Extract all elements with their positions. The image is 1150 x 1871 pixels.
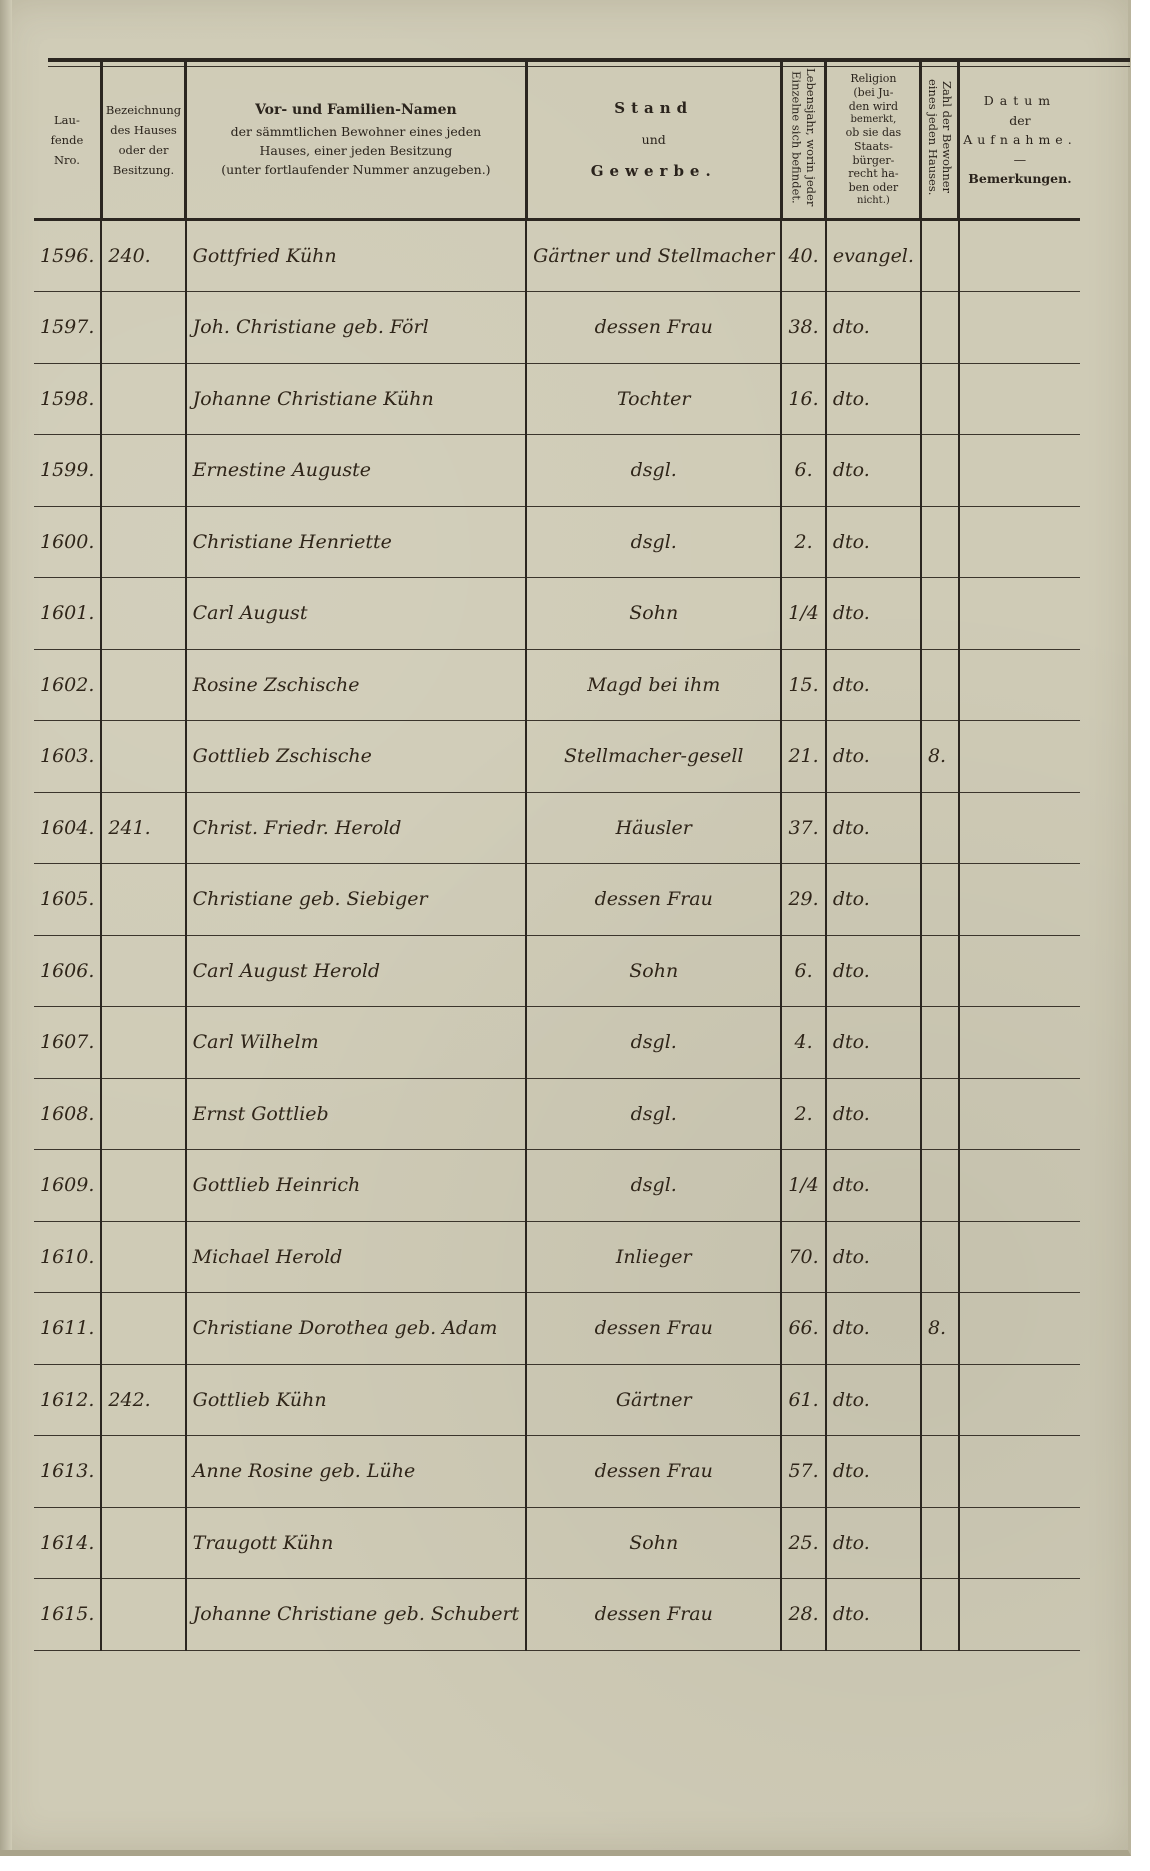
religion-cell: dto. [826,1007,921,1079]
date-remarks-cell [959,1507,1080,1579]
date-remarks-cell [959,1579,1080,1651]
resident-name-cell: Christ. Friedr. Herold [186,792,527,864]
house-number-cell: 242. [101,1364,185,1436]
resident-name-cell: Michael Herold [186,1221,527,1293]
table-row: 1603. Gottlieb Zschische Stellmacher-ges… [34,721,1080,793]
household-count-cell [921,219,959,292]
age-cell: 61. [781,1364,826,1436]
laufende-nr-cell: 1599. [34,435,101,507]
resident-name-cell: Carl Wilhelm [186,1007,527,1079]
date-remarks-cell [959,363,1080,435]
laufende-nr-cell: 1603. [34,721,101,793]
age-cell: 15. [781,649,826,721]
religion-cell: dto. [826,1436,921,1508]
age-cell: 2. [781,506,826,578]
religion-cell: dto. [826,649,921,721]
header-lebensjahr: Lebensjahr, worin jeder Einzelne sich be… [781,62,826,219]
house-number-cell [101,1507,185,1579]
stand-gewerbe-cell: dsgl. [526,1078,781,1150]
laufende-nr-cell: 1607. [34,1007,101,1079]
resident-name-cell: Johanne Christiane geb. Schubert [186,1579,527,1651]
house-number-cell [101,292,185,364]
table-row: 1608. Ernst Gottlieb dsgl. 2. dto. [34,1078,1080,1150]
religion-cell: dto. [826,1150,921,1222]
date-remarks-cell [959,1293,1080,1365]
house-number-cell [101,1221,185,1293]
age-cell: 2. [781,1078,826,1150]
header-namen-sub3: (unter fortlaufender Nummer anzugeben.) [190,160,522,179]
house-number-cell [101,363,185,435]
stand-gewerbe-cell: Häusler [526,792,781,864]
house-number-cell [101,1007,185,1079]
stand-gewerbe-cell: dessen Frau [526,864,781,936]
household-count-cell [921,1150,959,1222]
header-namen-sub2: Hauses, einer jeden Besitzung [190,141,522,160]
age-cell: 28. [781,1579,826,1651]
stand-gewerbe-cell: dsgl. [526,1150,781,1222]
age-cell: 6. [781,935,826,1007]
stand-gewerbe-cell: Gärtner [526,1364,781,1436]
header-namen-title: Vor- und Familien-Namen [190,100,522,122]
header-religion: Religion (bei Ju- den wird bemerkt, ob s… [826,62,921,219]
resident-name-cell: Gottlieb Kühn [186,1364,527,1436]
laufende-nr-cell: 1611. [34,1293,101,1365]
table-row: 1605. Christiane geb. Siebiger dessen Fr… [34,864,1080,936]
household-count-cell [921,935,959,1007]
religion-cell: dto. [826,935,921,1007]
household-count-cell [921,292,959,364]
header-namen: Vor- und Familien-Namen der sämmtlichen … [186,62,527,219]
religion-cell: dto. [826,435,921,507]
table-row: 1604. 241. Christ. Friedr. Herold Häusle… [34,792,1080,864]
laufende-nr-cell: 1600. [34,506,101,578]
resident-name-cell: Gottlieb Zschische [186,721,527,793]
household-count-cell [921,1221,959,1293]
household-count-cell [921,864,959,936]
religion-cell: dto. [826,864,921,936]
religion-cell: dto. [826,578,921,650]
date-remarks-cell [959,1436,1080,1508]
header-bezeichnung-hauses: Bezeichnung des Hauses oder der Besitzun… [101,62,185,219]
laufende-nr-cell: 1596. [34,219,101,292]
date-remarks-cell [959,506,1080,578]
table-row: 1610. Michael Herold Inlieger 70. dto. [34,1221,1080,1293]
house-number-cell [101,1293,185,1365]
stand-gewerbe-cell: dsgl. [526,435,781,507]
header-datum-bemerkungen: Datum der Aufnahme. — Bemerkungen. [959,62,1080,219]
age-cell: 37. [781,792,826,864]
household-count-cell [921,1436,959,1508]
table-row: 1612. 242. Gottlieb Kühn Gärtner 61. dto… [34,1364,1080,1436]
age-cell: 40. [781,219,826,292]
table-row: 1615. Johanne Christiane geb. Schubert d… [34,1579,1080,1651]
age-cell: 25. [781,1507,826,1579]
date-remarks-cell [959,219,1080,292]
age-cell: 38. [781,292,826,364]
age-cell: 66. [781,1293,826,1365]
house-number-cell [101,935,185,1007]
stand-gewerbe-cell: dessen Frau [526,1293,781,1365]
header-laufende-nr: Lau- fende Nro. [34,62,101,219]
resident-name-cell: Gottlieb Heinrich [186,1150,527,1222]
date-remarks-cell [959,435,1080,507]
age-cell: 4. [781,1007,826,1079]
date-remarks-cell [959,292,1080,364]
date-remarks-cell [959,864,1080,936]
house-number-cell [101,1150,185,1222]
resident-name-cell: Joh. Christiane geb. Förl [186,292,527,364]
table-row: 1613. Anne Rosine geb. Lühe dessen Frau … [34,1436,1080,1508]
age-cell: 70. [781,1221,826,1293]
date-remarks-cell [959,1364,1080,1436]
household-count-cell [921,363,959,435]
house-number-cell [101,1436,185,1508]
house-number-cell [101,864,185,936]
resident-name-cell: Christiane Dorothea geb. Adam [186,1293,527,1365]
header-zahl-bewohner: Zahl der Bewohner eines jeden Hauses. [921,62,959,219]
stand-gewerbe-cell: Magd bei ihm [526,649,781,721]
date-remarks-cell [959,1221,1080,1293]
register-rows: 1596. 240. Gottfried Kühn Gärtner und St… [34,219,1080,1650]
date-remarks-cell [959,1078,1080,1150]
house-number-cell [101,506,185,578]
date-remarks-cell [959,649,1080,721]
laufende-nr-cell: 1613. [34,1436,101,1508]
table-row: 1611. Christiane Dorothea geb. Adam dess… [34,1293,1080,1365]
house-number-cell [101,578,185,650]
table-row: 1596. 240. Gottfried Kühn Gärtner und St… [34,219,1080,292]
religion-cell: dto. [826,1507,921,1579]
census-register-table: Lau- fende Nro. Bezeichnung des Hauses o… [34,62,1080,1651]
stand-gewerbe-cell: Inlieger [526,1221,781,1293]
house-number-cell [101,1579,185,1651]
age-cell: 21. [781,721,826,793]
date-remarks-cell [959,935,1080,1007]
header-stand-gewerbe: Stand und Gewerbe. [526,62,781,219]
date-remarks-cell [959,792,1080,864]
resident-name-cell: Carl August [186,578,527,650]
table-row: 1606. Carl August Herold Sohn 6. dto. [34,935,1080,1007]
header-namen-sub1: der sämmtlichen Bewohner eines jeden [190,122,522,141]
household-count-cell [921,792,959,864]
table-row: 1597. Joh. Christiane geb. Förl dessen F… [34,292,1080,364]
table-row: 1614. Traugott Kühn Sohn 25. dto. [34,1507,1080,1579]
laufende-nr-cell: 1612. [34,1364,101,1436]
household-count-cell [921,1507,959,1579]
resident-name-cell: Christiane geb. Siebiger [186,864,527,936]
religion-cell: dto. [826,721,921,793]
house-number-cell [101,721,185,793]
date-remarks-cell [959,1150,1080,1222]
stand-gewerbe-cell: Gärtner und Stellmacher [526,219,781,292]
religion-cell: dto. [826,1364,921,1436]
stand-gewerbe-cell: Sohn [526,1507,781,1579]
religion-cell: dto. [826,1221,921,1293]
date-remarks-cell [959,721,1080,793]
laufende-nr-cell: 1615. [34,1579,101,1651]
laufende-nr-cell: 1602. [34,649,101,721]
household-count-cell: 8. [921,1293,959,1365]
stand-gewerbe-cell: dsgl. [526,1007,781,1079]
resident-name-cell: Carl August Herold [186,935,527,1007]
age-cell: 29. [781,864,826,936]
table-row: 1607. Carl Wilhelm dsgl. 4. dto. [34,1007,1080,1079]
stand-gewerbe-cell: Tochter [526,363,781,435]
laufende-nr-cell: 1597. [34,292,101,364]
religion-cell: dto. [826,1579,921,1651]
book-spine-edge [0,0,12,1850]
household-count-cell [921,1007,959,1079]
religion-cell: dto. [826,292,921,364]
resident-name-cell: Christiane Henriette [186,506,527,578]
age-cell: 6. [781,435,826,507]
age-cell: 1/4 [781,578,826,650]
religion-cell: dto. [826,1078,921,1150]
religion-cell: dto. [826,792,921,864]
laufende-nr-cell: 1605. [34,864,101,936]
religion-cell: dto. [826,363,921,435]
resident-name-cell: Ernestine Auguste [186,435,527,507]
resident-name-cell: Traugott Kühn [186,1507,527,1579]
resident-name-cell: Gottfried Kühn [186,219,527,292]
age-cell: 57. [781,1436,826,1508]
religion-cell: dto. [826,1293,921,1365]
table-row: 1600. Christiane Henriette dsgl. 2. dto. [34,506,1080,578]
house-number-cell [101,1078,185,1150]
resident-name-cell: Anne Rosine geb. Lühe [186,1436,527,1508]
resident-name-cell: Ernst Gottlieb [186,1078,527,1150]
date-remarks-cell [959,578,1080,650]
religion-cell: dto. [826,506,921,578]
age-cell: 16. [781,363,826,435]
house-number-cell: 241. [101,792,185,864]
table-row: 1602. Rosine Zschische Magd bei ihm 15. … [34,649,1080,721]
stand-gewerbe-cell: Stellmacher-gesell [526,721,781,793]
laufende-nr-cell: 1609. [34,1150,101,1222]
table-row: 1601. Carl August Sohn 1/4 dto. [34,578,1080,650]
stand-gewerbe-cell: dessen Frau [526,292,781,364]
laufende-nr-cell: 1598. [34,363,101,435]
stand-gewerbe-cell: dessen Frau [526,1436,781,1508]
religion-cell: evangel. [826,219,921,292]
household-count-cell [921,578,959,650]
household-count-cell: 8. [921,721,959,793]
laufende-nr-cell: 1606. [34,935,101,1007]
stand-gewerbe-cell: dsgl. [526,506,781,578]
household-count-cell [921,435,959,507]
stand-gewerbe-cell: Sohn [526,935,781,1007]
resident-name-cell: Rosine Zschische [186,649,527,721]
laufende-nr-cell: 1614. [34,1507,101,1579]
household-count-cell [921,1078,959,1150]
header-row: Lau- fende Nro. Bezeichnung des Hauses o… [34,62,1080,219]
table-row: 1609. Gottlieb Heinrich dsgl. 1/4 dto. [34,1150,1080,1222]
house-number-cell [101,649,185,721]
stand-gewerbe-cell: Sohn [526,578,781,650]
table-row: 1599. Ernestine Auguste dsgl. 6. dto. [34,435,1080,507]
table-row: 1598. Johanne Christiane Kühn Tochter 16… [34,363,1080,435]
register-page: Lau- fende Nro. Bezeichnung des Hauses o… [0,0,1131,1856]
household-count-cell [921,649,959,721]
household-count-cell [921,1579,959,1651]
laufende-nr-cell: 1610. [34,1221,101,1293]
laufende-nr-cell: 1601. [34,578,101,650]
stand-gewerbe-cell: dessen Frau [526,1579,781,1651]
laufende-nr-cell: 1608. [34,1078,101,1150]
laufende-nr-cell: 1604. [34,792,101,864]
age-cell: 1/4 [781,1150,826,1222]
date-remarks-cell [959,1007,1080,1079]
house-number-cell [101,435,185,507]
household-count-cell [921,506,959,578]
resident-name-cell: Johanne Christiane Kühn [186,363,527,435]
household-count-cell [921,1364,959,1436]
house-number-cell: 240. [101,219,185,292]
